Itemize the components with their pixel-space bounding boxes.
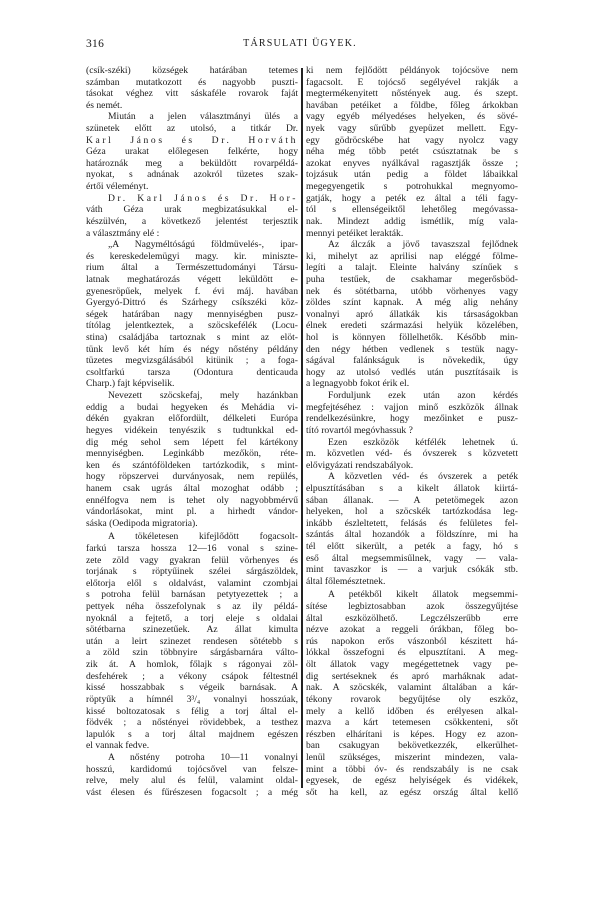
text-line: rium által a Természettudományi Társu-	[86, 262, 298, 274]
text-line: a legnagyobb fokot érik el.	[306, 378, 518, 390]
text-line: mint a többi óv- és rendszabály is ne cs…	[306, 764, 518, 776]
text-line: gatják, hogy a peték ez által a téli fag…	[306, 193, 518, 205]
text-line: szántás által hozandók a földszínre, mi …	[306, 529, 518, 541]
text-line: nyek vagy sűrűbb gyepüzet mellett. Egy-	[306, 123, 518, 135]
text-line: szünetek előtt az utolsó, a titkár Dr.	[86, 123, 298, 135]
text-line: néha még több petét csúsztatnak be s	[306, 146, 518, 158]
text-line: által eszközölhető. Legczélszerűbb erre	[306, 613, 518, 625]
text-line: elpusztításában s a kikelt állatok kiirt…	[306, 483, 518, 495]
right-text-column: ki nem fejlődött példányok tojócsöve nem…	[306, 65, 518, 798]
text-line: nyokat, s adnának azokról tüzetes szak-	[86, 169, 298, 181]
text-line: sítése legbiztosabban azok összegyűjtése	[306, 601, 518, 613]
text-line: tünk levő két hím és négy nőstény példán…	[86, 344, 298, 356]
text-line: ölt állatok vagy megégettetnek vagy pe-	[306, 659, 518, 671]
text-line: a zöld szin többnyire sárgásbarnára vált…	[86, 647, 298, 659]
text-line: zik át. A homlok, főlajk s rágonyai zöl-	[86, 659, 298, 671]
text-line: Miután a jelen választmányi ülés a	[86, 111, 298, 123]
text-line: A nőstény potroha 10—11 vonalnyi	[86, 752, 298, 764]
text-line: hegyes vidékein tenyészik s tudtunkkal e…	[86, 425, 298, 437]
text-line: sáska (Oedipoda migratoria).	[86, 518, 298, 530]
text-line: legíti a talajt. Eleinte halvány színűek…	[306, 262, 518, 274]
text-line: zete zöld vagy gyakran felül vörhenyes é…	[86, 555, 298, 567]
text-line: A közvetlen véd- és óvszerek a peték	[306, 471, 518, 483]
text-line: mint tavaszkor is — a varjuk csókák stb.	[306, 564, 518, 576]
text-line: nek és sötétbarna, utóbb vörhenyes vagy	[306, 286, 518, 298]
running-title: TÁRSULATI ÜGYEK.	[0, 38, 592, 49]
text-line: desfehérek ; a vékony csápok féltestnél	[86, 671, 298, 683]
text-line: hol is könnyen föllelhetők. Később min-	[306, 332, 518, 344]
text-line: a választmány elé :	[86, 228, 298, 240]
text-line: stina) családjába tartoznak s mint az el…	[86, 332, 298, 344]
text-line: gyenesröpűek, melyek f. évi máj. havában	[86, 286, 298, 298]
text-line: dékén gyakran előfordült, délkeleti Euró…	[86, 413, 298, 425]
text-line: értői véleményt.	[86, 181, 298, 193]
text-line: fagacsolt. E tojócső segélyével rakják a	[306, 77, 518, 89]
text-line: Nevezett szöcskefaj, mely hazánkban	[86, 390, 298, 402]
text-line: röptyűk a hímnél 3³/₄ vonalnyi hosszúak,	[86, 694, 298, 706]
text-line: élnek eredeti származási helyük közelébe…	[306, 320, 518, 332]
text-line: egyesek, de egész helyiségek és vidékek,	[306, 775, 518, 787]
text-line: tojzásuk után pedig a földet lábaikkal	[306, 169, 518, 181]
text-line: havában petéiket a földbe, főleg árkokba…	[306, 100, 518, 112]
text-line: ken és szántóföldeken tartózkodik, s min…	[86, 460, 298, 472]
text-line: elővigyázati rendszabályok.	[306, 460, 518, 472]
text-line: tól s ellenségeiktől lehetőleg megóvassa…	[306, 204, 518, 216]
text-line: rús napokon erős vászonból készitett há-	[306, 636, 518, 648]
text-line: mennyi petéiket lerakták.	[306, 228, 518, 240]
text-line: kissé hosszabbak s végeik barnásak. A	[86, 682, 298, 694]
text-line: után a leirt szinezet rendesen sötétebb …	[86, 636, 298, 648]
text-line: eső által megsemmisűlnek, vagy — vala-	[306, 553, 518, 565]
text-line: vagy egyéb mélyedéses helyeken, és sövé-	[306, 111, 518, 123]
text-line: pettyek néha összefolynak s az ily példá…	[86, 601, 298, 613]
text-line: ségek határában nagy mennyiségben pusz-	[86, 309, 298, 321]
text-line: hogy röpszervei durványosak, nem repülés…	[86, 471, 298, 483]
text-line: nyoknál a fejtető, a torj eleje s oldala…	[86, 613, 298, 625]
text-line: vándorlásokat, mint pl. a hirhedt vándor…	[86, 506, 298, 518]
text-line: készülvén, a következő jelentést terjesz…	[86, 216, 298, 228]
text-line: el vannak fedve.	[86, 740, 298, 752]
text-line: kissé boltozatosak s félig a torj által …	[86, 706, 298, 718]
text-line: tító rovartól megóvhassuk ?	[306, 425, 518, 437]
text-line: Karl János és Dr. Horváth	[86, 135, 298, 147]
text-line: dig még sehol sem lépett fel kártékony	[86, 437, 298, 449]
text-line: Gyergyó-Dittró és Szárhegy csíkszéki köz…	[86, 297, 298, 309]
text-line: számban mutatkozott és nagyobb puszti-	[86, 77, 298, 89]
text-line: megfejtéséhez : vajjon minő eszközök áll…	[306, 402, 518, 414]
text-line: mely a kellő időben és erélyesen alkal-	[306, 706, 518, 718]
text-line: tásokat véghez vitt sáskaféle rovarok fa…	[86, 88, 298, 100]
text-line: megtermékenyitett nőstények aug. és szep…	[306, 88, 518, 100]
text-line: lókkal összefogni és elpusztítani. A meg…	[306, 647, 518, 659]
text-line: megegyengetik s potrohukkal megnyomo-	[306, 181, 518, 193]
text-line: lapulók s a torj által majdnem egészen	[86, 729, 298, 741]
left-text-column: (csík-széki) községek határában tetemess…	[86, 65, 298, 798]
text-line: és nemét.	[86, 100, 298, 112]
text-line: (csík-széki) községek határában tetemes	[86, 65, 298, 77]
text-line: födvék ; a nőstényei rövidebbek, a testh…	[86, 717, 298, 729]
text-line: ságával falánkságuk is növekedik, úgy	[306, 355, 518, 367]
text-line: eddig a budai hegyeken és Mehádia vi-	[86, 402, 298, 414]
text-line: lenül szükséges, miszerint mindezen, val…	[306, 752, 518, 764]
text-line: ennélfogva nem is tehet oly nagyobbmérvű	[86, 495, 298, 507]
text-line: vást élesen és fűrészesen fogacsolt ; a …	[86, 787, 298, 799]
text-line: egy gödröcskébe hat vagy nyolcz vagy	[306, 135, 518, 147]
text-line: Az álczák a jövő tavaszszal fejlődnek	[306, 239, 518, 251]
text-line: hosszú, kardidomú tojócsővel van felsze-	[86, 764, 298, 776]
text-line: rendelkezésünkre, hogy mezőinket e pusz-	[306, 413, 518, 425]
text-line: mennyiségben. Leginkább mezőkön, réte-	[86, 448, 298, 460]
text-line: nak. A szöcskék, valamint általában a ká…	[306, 682, 518, 694]
text-line: által főlemésztetnek.	[306, 576, 518, 588]
text-line: sőt ha kell, az egész ország által kellő	[306, 787, 518, 799]
text-line: mazva a kárt tetemesen csökkenteni, sőt	[306, 717, 518, 729]
text-line: Dr. Karl János és Dr. Hor-	[86, 193, 298, 205]
text-line: hogy az utolsó vedlés után pusztításaik …	[306, 367, 518, 379]
text-line: nak. Mindezt addig ismétlik, míg vala-	[306, 216, 518, 228]
text-line: A petékből kikelt állatok megsemmi-	[306, 589, 518, 601]
text-line: sötétbarna szinezetűek. Az állat kimulta	[86, 624, 298, 636]
text-line: Forduljunk ezek után azon kérdés	[306, 390, 518, 402]
text-line: nézve azokat a reggeli órákban, főleg bo…	[306, 624, 518, 636]
text-line: határoznák meg a beküldött rovarpéldá-	[86, 158, 298, 170]
text-line: Géza urakat előlegesen felkérte, hogy	[86, 146, 298, 158]
text-line: farkú tarsza hossza 12—16 vonal s szine-	[86, 543, 298, 555]
text-line: váth Géza urak megbizatásukkal el-	[86, 204, 298, 216]
text-line: relve, mely alul és felül, valamint olda…	[86, 775, 298, 787]
text-line: títólag jelentkeztek, a szöcskefélék (Lo…	[86, 320, 298, 332]
text-line: dig sertéseknek és apró marháknak adat-	[306, 671, 518, 683]
text-line: s potroha felül barnásan petytyezettek ;…	[86, 589, 298, 601]
text-line: Charp.) fajt képviselik.	[86, 378, 298, 390]
text-line: „A Nagyméltóságú földmüvelés-, ipar-	[86, 239, 298, 251]
text-line: vonalnyi apró állatkák kis társaságokban	[306, 309, 518, 321]
text-line: Ezen eszközök kétfélék lehetnek ú.	[306, 437, 518, 449]
text-line: azokat enyves nyálkával ragasztják össze…	[306, 158, 518, 170]
text-line: ki nem fejlődött példányok tojócsöve nem	[306, 65, 518, 77]
text-line: tékony rovarok begyűjtése oly eszköz,	[306, 694, 518, 706]
text-line: tél előtt sikerült, a peték a fagy, hó s	[306, 541, 518, 553]
text-line: A tökéletesen kifejlődött fogacsolt-	[86, 531, 298, 543]
text-line: helyeken, hol a szöcskék tartózkodása le…	[306, 506, 518, 518]
text-line: zöldes színt kapnak. A még alig nehány	[306, 297, 518, 309]
text-line: hanem csak ugrás által mozoghat odább ;	[86, 483, 298, 495]
text-line: csoltfarkú tarsza (Odontura denticauda	[86, 367, 298, 379]
text-line: torjának s röptyűinek szélei sárgászölde…	[86, 566, 298, 578]
text-line: tüzetes megvizsgálásából kitünik ; a fog…	[86, 355, 298, 367]
text-line: latnak meghatározás végett leküldött e-	[86, 274, 298, 286]
text-line: és kereskedelemügyi magy. kir. miniszte-	[86, 251, 298, 263]
text-line: részben elhárítani is képes. Hogy ez azo…	[306, 729, 518, 741]
text-line: előtorja elől s oldalvást, valamint czom…	[86, 578, 298, 590]
text-line: den négy hétben vedlenek s testük nagy-	[306, 344, 518, 356]
text-line: puha testűek, de csakhamar megerősböd-	[306, 274, 518, 286]
text-line: ki, mihelyt az aprilisi nap eléggé fölme…	[306, 251, 518, 263]
text-line: m. közvetlen véd- és óvszerek s közvetet…	[306, 448, 518, 460]
column-divider	[301, 68, 303, 788]
text-line: inkább észleltetett, felásás és felülete…	[306, 518, 518, 530]
text-line: ban csakugyan bekövetkezzék, elkerülhet-	[306, 740, 518, 752]
text-line: sában állanak. — A petetömegek azon	[306, 495, 518, 507]
